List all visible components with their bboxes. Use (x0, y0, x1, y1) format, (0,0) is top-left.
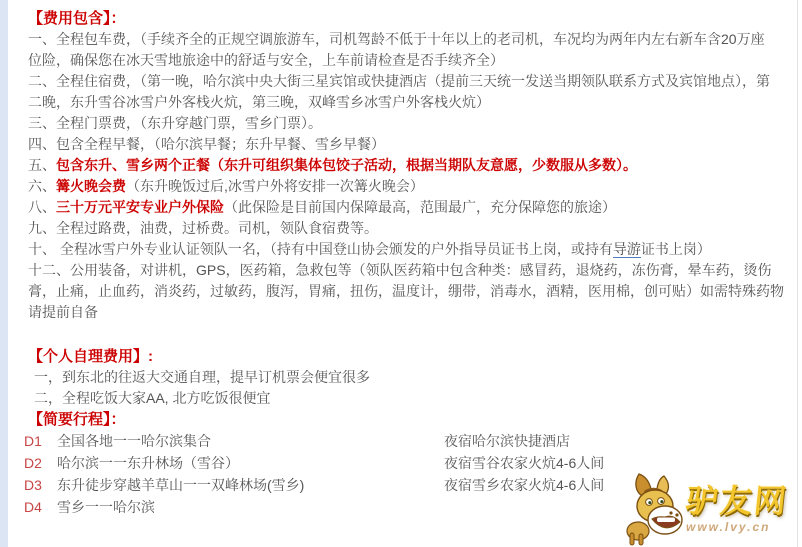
day-label: D3 (24, 474, 57, 496)
site-logo[interactable]: 驴友网 www.lvy.cn (622, 471, 800, 547)
text-segment: （此保险是目前国内保障最高，范围最广，充分保障您的旅途） (224, 199, 616, 215)
text-line: 二、全程住宿费，（第一晚，哈尔滨中央大街三星宾馆或快捷酒店（提前三天统一发送当期… (28, 71, 798, 92)
text-line: 三、全程门票费，（东升穿越门票，雪乡门票）。 (28, 113, 798, 134)
text-segment: 三十万元平安专业户外保险 (56, 199, 224, 215)
text-line: 二，全程吃饭大家AA, 北方吃饭很便宜 (28, 388, 798, 409)
lodging-text: 夜宿哈尔滨快捷酒店 (444, 430, 798, 452)
self-pay-header: 【个人自理费用】: (28, 346, 798, 367)
text-line: 一，到东北的往返大交通自理，提早订机票会便宜很多 (28, 367, 798, 388)
text-line: 膏，止痛，止血药，消炎药，过敏药，腹泻，胃痛，扭伤，温度计，绷带，消毒水，酒精，… (28, 281, 798, 302)
text-line: 请提前自备 (28, 302, 798, 323)
text-line: 九、全程过路费，油费，过桥费。司机，领队食宿费等。 (28, 218, 798, 239)
text-line: 一、全程包车费，（手续齐全的正规空调旅游车，司机驾龄不低于十年以上的老司机，车况… (28, 29, 798, 50)
text-segment: 证书上岗） (641, 241, 711, 257)
keyword-link[interactable]: 导游 (613, 241, 641, 258)
text-segment: 八、 (28, 199, 56, 215)
text-segment: 二，全程吃饭大家AA, 北方吃饭很便宜 (34, 390, 270, 406)
text-segment: 一、全程包车费，（手续齐全的正规空调旅游车，司机驾龄不低于十年以上的老司机，车况… (28, 31, 765, 47)
text-segment: 请提前自备 (28, 304, 98, 320)
text-line: 十二、公用装备，对讲机，GPS，医药箱，急救包等（领队医药箱中包含种类：感冒药，… (28, 260, 798, 281)
text-segment: 五、 (28, 157, 56, 173)
day-label: D2 (24, 452, 57, 474)
site-logo-text: 驴友网 www.lvy.cn (686, 484, 788, 534)
route-text: 全国各地一一哈尔滨集合 (57, 430, 444, 452)
fee-include-lines: 一、全程包车费，（手续齐全的正规空调旅游车，司机驾龄不低于十年以上的老司机，车况… (28, 29, 798, 323)
donkey-mascot-icon (622, 471, 694, 547)
fee-include-header: 【费用包含】： (28, 8, 798, 29)
route-text: 哈尔滨一一东升林场（雪谷） (57, 452, 444, 474)
text-segment: 二、全程住宿费，（第一晚，哈尔滨中央大街三星宾馆或快捷酒店（提前三天统一发送当期… (28, 73, 770, 89)
itinerary-row: D1全国各地一一哈尔滨集合夜宿哈尔滨快捷酒店 (24, 430, 798, 452)
itinerary-header: 【简要行程】： (28, 409, 798, 430)
text-line: 十、 全程冰雪户外专业认证领队一名，（持有中国登山协会颁发的户外指导员证书上岗，… (28, 239, 798, 260)
text-segment: 六、 (28, 178, 56, 194)
text-segment: 二晚，东升雪谷冰雪户外客栈火炕，第三晚，双峰雪乡冰雪户外客栈火炕） (28, 94, 490, 110)
text-segment: 包含东升、雪乡两个正餐（东升可组织集体包饺子活动，根据当期队友意愿，少数服从多数… (56, 157, 637, 173)
text-segment: 篝火晚会费 (56, 178, 126, 194)
text-segment: 一，到东北的往返大交通自理，提早订机票会便宜很多 (34, 369, 370, 385)
text-line: 二晚，东升雪谷冰雪户外客栈火炕，第三晚，双峰雪乡冰雪户外客栈火炕） (28, 92, 798, 113)
text-line: 八、三十万元平安专业户外保险（此保险是目前国内保障最高，范围最广，充分保障您的旅… (28, 197, 798, 218)
route-text: 东升徒步穿越羊草山一一双峰林场(雪乡) (57, 474, 444, 496)
text-line: 五、包含东升、雪乡两个正餐（东升可组织集体包饺子活动，根据当期队友意愿，少数服从… (28, 155, 798, 176)
site-name: 驴友网 (684, 484, 790, 518)
text-line: 四、包含全程早餐，（哈尔滨早餐；东升早餐、雪乡早餐） (28, 134, 798, 155)
text-segment: 四、包含全程早餐，（哈尔滨早餐；东升早餐、雪乡早餐） (28, 136, 385, 152)
text-segment: 膏，止痛，止血药，消炎药，过敏药，腹泻，胃痛，扭伤，温度计，绷带，消毒水，酒精，… (28, 283, 784, 299)
self-pay-lines: 一，到东北的往返大交通自理，提早订机票会便宜很多二，全程吃饭大家AA, 北方吃饭… (28, 367, 798, 409)
text-segment: 位险，确保您在冰天雪地旅途中的舒适与安全，上车前请检查是否手续齐全） (28, 52, 504, 68)
text-segment: 十二、公用装备，对讲机，GPS，医药箱，急救包等（领队医药箱中包含种类：感冒药，… (28, 262, 772, 278)
route-text: 雪乡一一哈尔滨 (57, 496, 444, 518)
page-content: 【费用包含】： 一、全程包车费，（手续齐全的正规空调旅游车，司机驾龄不低于十年以… (28, 8, 798, 518)
text-segment: 三、全程门票费，（东升穿越门票，雪乡门票）。 (28, 115, 322, 131)
text-segment: 十、 全程冰雪户外专业认证领队一名，（持有中国登山协会颁发的户外指导员证书上岗，… (28, 241, 613, 257)
day-label: D1 (24, 430, 57, 452)
day-label: D4 (24, 496, 57, 518)
text-line: 六、篝火晚会费（东升晚饭过后,冰雪户外将安排一次篝火晚会） (28, 176, 798, 197)
text-segment: （东升晚饭过后,冰雪户外将安排一次篝火晚会） (126, 178, 424, 194)
text-segment: 九、全程过路费，油费，过桥费。司机，领队食宿费等。 (28, 220, 378, 236)
left-border-strip (0, 0, 8, 547)
site-url: www.lvy.cn (686, 520, 770, 534)
text-line: 位险，确保您在冰天雪地旅途中的舒适与安全，上车前请检查是否手续齐全） (28, 50, 798, 71)
